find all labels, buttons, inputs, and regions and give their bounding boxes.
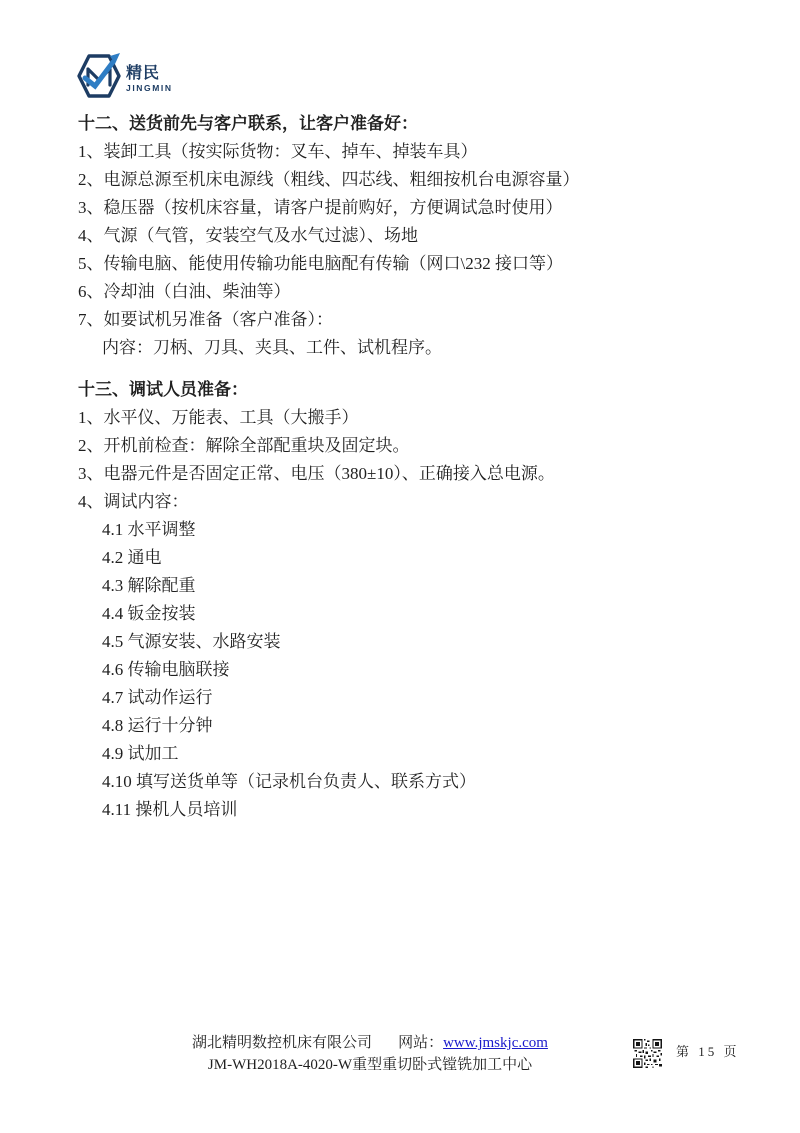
logo-name-en: JINGMIN [126, 84, 173, 93]
list-item: 3、电器元件是否固定正常、电压（380±10）、正确接入总电源。 [78, 460, 738, 488]
document-page: 精民 JINGMIN 十二、送货前先与客户联系，让客户准备好： 1、装卸工具（按… [0, 0, 800, 1133]
footer-company-name: 湖北精明数控机床有限公司 [192, 1035, 372, 1051]
section-12-heading: 十二、送货前先与客户联系，让客户准备好： [78, 110, 738, 138]
sub-list-item: 4.5 气源安装、水路安装 [78, 628, 738, 656]
list-item-note: 内容：刀柄、刀具、夹具、工件、试机程序。 [78, 334, 738, 362]
sub-list-item: 4.10 填写送货单等（记录机台负责人、联系方式） [78, 768, 738, 796]
logo-wordmark: 精民 JINGMIN [126, 66, 173, 93]
sub-list-item: 4.7 试动作运行 [78, 684, 738, 712]
list-item: 4、调试内容： [78, 488, 738, 516]
list-item: 2、电源总源至机床电源线（粗线、四芯线、粗细按机台电源容量） [78, 166, 738, 194]
company-logo: 精民 JINGMIN [76, 52, 173, 100]
logo-name-cn: 精民 [126, 66, 173, 82]
list-item: 6、冷却油（白油、柴油等） [78, 278, 738, 306]
sub-list-item: 4.11 操机人员培训 [78, 796, 738, 824]
page-number: 第 15 页 [676, 1041, 740, 1060]
list-item: 1、装卸工具（按实际货物：叉车、掉车、掉装车具） [78, 138, 738, 166]
sub-list-item: 4.8 运行十分钟 [78, 712, 738, 740]
footer-website-label: 网站： [398, 1035, 443, 1051]
list-item: 2、开机前检查：解除全部配重块及固定块。 [78, 432, 738, 460]
sub-list-item: 4.1 水平调整 [78, 516, 738, 544]
sub-list-item: 4.6 传输电脑联接 [78, 656, 738, 684]
document-content: 十二、送货前先与客户联系，让客户准备好： 1、装卸工具（按实际货物：叉车、掉车、… [78, 110, 738, 824]
section-13: 十三、调试人员准备： 1、水平仪、万能表、工具（大搬手） 2、开机前检查：解除全… [78, 376, 738, 824]
sub-list-item: 4.9 试加工 [78, 740, 738, 768]
sub-list-item: 4.3 解除配重 [78, 572, 738, 600]
list-item: 5、传输电脑、能使用传输功能电脑配有传输（网口\232 接口等） [78, 250, 738, 278]
list-item: 3、稳压器（按机床容量，请客户提前购好，方便调试急时使用） [78, 194, 738, 222]
list-item: 7、如要试机另准备（客户准备）： [78, 306, 738, 334]
section-13-heading: 十三、调试人员准备： [78, 376, 738, 404]
sub-list-item: 4.4 钣金按装 [78, 600, 738, 628]
footer-product-model: JM-WH2018A-4020-W重型重切卧式镗铣加工中心 [208, 1057, 532, 1073]
qr-code-icon [633, 1039, 662, 1068]
jingmin-hexagon-logo-icon [76, 52, 122, 100]
list-item: 4、气源（气管，安装空气及水气过滤）、场地 [78, 222, 738, 250]
sub-list-item: 4.2 通电 [78, 544, 738, 572]
footer-website-link[interactable]: www.jmskjc.com [443, 1035, 548, 1051]
list-item: 1、水平仪、万能表、工具（大搬手） [78, 404, 738, 432]
